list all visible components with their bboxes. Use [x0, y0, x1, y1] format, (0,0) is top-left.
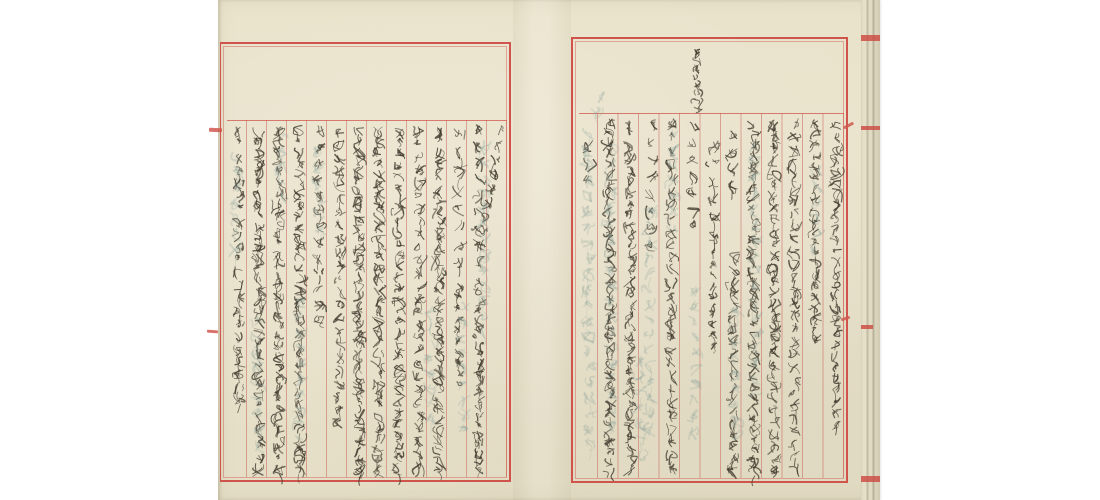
text-column: 薄暮ノ頃山井沢ノ右方ニ宮原少尉及藤田大尉ノ報告ヲ得タリ其要旨左ノ如シ [743, 113, 763, 479]
column-text-segment: 賊ノ敵傷者五名アリ [496, 120, 508, 477]
edge-red-dash [861, 35, 880, 41]
column-text-segment: 蒙古賊ノ左側ヲ衝キ賊ヲ銃撃ス地理ニ明ナルヲ以テ地波ヲ利用スルモ高能ノ景踪 [348, 120, 368, 477]
column-text-segment: 郡ノ東南(教師ノ教書ヲ)ニ任置ヨリ賊ノ進撃ヲ受ケ四日未明永道東面(鎮 [268, 120, 288, 477]
text-column: 要旨ヲ左ニ報ズ [681, 113, 701, 479]
column-text-segment: 藤田大尉報告要旨 [453, 120, 468, 477]
column-text-segment: 最早賊影ヲ見ザルモ勿論囲地附近ハ賊斜鄭拓ノ本地(洛丹)ノ附近ニ集リ [368, 120, 388, 477]
text-column: 蒙古賊ノ左側ヲ衝キ賊ヲ銃撃ス地理ニ明ナルヲ以テ地波ヲ利用スルモ高能ノ景踪 [348, 120, 368, 477]
text-column: 一、当地警察顧問支部ノ通報ニ依レバ任実方面ニ向ヒ警務機関ニ三日任実 [288, 120, 308, 477]
text-column: 陽城聯隊ハ十月分弾薬ヲ完了シ長場里百二十兵ト山麓ニ対戦ス [784, 113, 804, 479]
column-text-segment: 一、当地警察顧問支部ノ通報ニ依レバ任実方面ニ向ヒ警務機関ニ三日任実 [288, 120, 308, 477]
column-text-segment: 長岡小隊ハ七十名ノ廣川ニ着シ同地分遣所長ノ書 [468, 120, 475, 477]
column-text-segment: 十月十日午前 [701, 113, 706, 479]
text-column: 全州守備隊長大尉報告ノ要旨 [308, 120, 328, 477]
column-text-segment: 全州守備隊長大尉報告ノ要旨 [315, 120, 329, 477]
column-text-segment: 賊ニ協力シ遂ニ銃記ノ遺所長ノ書其ナルコトヲ知ル [335, 120, 349, 477]
column-text-segment: 鳥沼ヨリ六十七里ヲ経テ貴賛出発秀松ノ間 [722, 113, 729, 479]
document-title: 宮原小隊戦闘報告 [688, 44, 708, 118]
column-text-segment: 薄暮ノ頃山井沢ノ右方ニ宮原少尉及藤田大尉ノ報告ヲ得タリ其要旨左ノ如シ [743, 113, 763, 479]
document-title-column: 宮原小隊戦闘報告 [688, 44, 708, 118]
column-text-segment: 陽城聯隊ハ十月分弾薬ヲ完了シ長場里百二十兵ト山麓ニ対戦ス [784, 113, 804, 479]
text-column: 経田永川ノ間ナリ [640, 113, 660, 479]
text-column: 最早賊影ヲ見ザルモ勿論囲地附近ハ賊斜鄭拓ノ本地(洛丹)ノ附近ニ集リ [368, 120, 388, 477]
text-column: 二居営ス鳥沼ヨリ六十七里ヲ経テ貴賛出発秀松ノ間 [722, 113, 742, 479]
page-gutter-fold [513, 0, 571, 500]
column-text-segment: 品、銃器廿二、軍刀四、其他日本人ノ被害者若干 [235, 120, 249, 477]
text-column: 郡ノ東南(教師ノ教書ヲ)ニ任置ヨリ賊ノ進撃ヲ受ケ四日未明永道東面(鎮 [268, 120, 288, 477]
text-column: 宮原少尉報告十月十日午前於北上砦 [701, 113, 721, 479]
column-text-segment: 一、十月六日夜東ノ間ノ砦ニ賊襲来リ射撃ヲ受ケ之ニ応戦ス [660, 113, 680, 479]
text-column: 藤田大尉報告要旨十月八日午前五時於廣川 [448, 120, 468, 477]
column-text-segment: 安東両方面(四里)ニ於テ攻撃ヲ受ケ賊ノ遺棄セル死体七、捕虜一、田鏡 [248, 120, 268, 477]
scanned-document-view: 宮原小隊戦闘報告 平壌道ヲ守備セシ長岡小隊及至輜隊ノ機関銃隊大部ハ帰着ス午後二時… [0, 0, 1100, 500]
text-column: 一、当中隊(第三中隊ノ)機関銃隊ハ長岡小隊ト共ニ綺里及下時附近ニ現在ス [428, 120, 448, 477]
text-column: 〆日千両駄ト対峙中長岡小隊ハ七十名ノ廣川ニ着シ同地分遣所長ノ書 [468, 120, 488, 477]
text-column: ヲ過リ [578, 113, 598, 479]
text-column: 一、然ルニ小倉ヲ守ル寺地ニ約一里ノ攻場間ニ於テ捜索シ焼棄セラレ [388, 120, 408, 477]
edge-red-dash [207, 330, 218, 334]
binding-edge-stacked-sheets [861, 0, 880, 500]
column-text-segment: 一、当中隊(第三中隊ノ)機関銃隊ハ長岡小隊ト共ニ綺里及下時附近ニ現在ス [428, 120, 448, 477]
column-text-segment: 〆日千両駄ト対峙中 [475, 120, 489, 477]
column-text-segment: 十月八日午前五時 [448, 120, 453, 477]
text-column: 賊ノ敵傷者五名アリ [488, 120, 508, 477]
column-text-segment: 宮原少尉報告 [706, 113, 721, 479]
text-column: 賊ニ協力シ遂ニ銃記ノ遺所長ノ書其ナルコトヲ知ル [328, 120, 348, 477]
text-column: 間嶋報送ス戦ノ兵者古磊城ニ帰還シ両旗日銃各ニ捕縛シ今夜長拾里 [763, 113, 783, 479]
text-column: 敵ヲ撃退シ更ニ八日朝新原時廿日ヨリ夜襲ニ転シ敵ノ方営ヲ衝キ鄭蒐汝以下十九名 [599, 113, 619, 479]
column-text-segment: 午後二時両部兵備首途司令官ヨリ左ノ通報アリ [811, 113, 825, 479]
text-column: 一、十月六日夜東ノ間ノ砦ニ賊襲来リ射撃ヲ受ケ之ニ応戦ス [660, 113, 680, 479]
text-column: 平壌道ヲ守備セシ長岡小隊及至輜隊ノ機関銃隊大部ハ帰着ス [825, 113, 845, 479]
column-text-segment: 平壌道ヲ守備セシ長岡小隊及至輜隊ノ機関銃隊大部ハ帰着ス [825, 113, 845, 479]
text-column: 品、銃器廿二、軍刀四、其他日本人ノ被害者若干 [228, 120, 248, 477]
column-text-segment: 六、大日人娘ハ百五十名間ノ宿営ニ十月七日ノ夜襲ハ応戦二時間ニシテ [619, 113, 639, 479]
column-text-segment: 要旨ヲ左ニ報ズ [687, 113, 701, 479]
column-text-segment: ヨリ小倉寺ニ行キ兵隊ト色園ヲ橋ニ捜索シ安谷寺附近ニ至ル [408, 120, 428, 477]
edge-red-dash [861, 325, 873, 329]
text-column: 安東両方面(四里)ニ於テ攻撃ヲ受ケ賊ノ遺棄セル死体七、捕虜一、田鏡 [248, 120, 268, 477]
column-text-segment: 一、然ルニ小倉ヲ守ル寺地ニ約一里ノ攻場間ニ於テ捜索シ焼棄セラレ [388, 120, 408, 477]
text-column: ヨリ小倉寺ニ行キ兵隊ト色園ヲ橋ニ捜索シ安谷寺附近ニ至ル [408, 120, 428, 477]
edge-red-dash [209, 128, 222, 132]
column-text-segment: 敵ヲ撃退シ更ニ八日朝新原時廿日ヨリ夜襲ニ転シ敵ノ方営ヲ衝キ鄭蒐汝以下十九名 [599, 113, 619, 479]
edge-red-dash [861, 476, 880, 482]
text-column: 午後二時両部兵備首途司令官ヨリ左ノ通報アリ [804, 113, 824, 479]
column-text-segment: 経田永川ノ間ナリ [646, 113, 660, 479]
edge-red-dash [861, 126, 880, 130]
text-column: 六、大日人娘ハ百五十名間ノ宿営ニ十月七日ノ夜襲ハ応戦二時間ニシテ [619, 113, 639, 479]
column-text-segment: ヲ過リ [585, 113, 599, 479]
column-text-segment: 間嶋報送ス戦ノ兵者古磊城ニ帰還シ両旗日銃各ニ捕縛シ今夜長拾里 [763, 113, 783, 479]
